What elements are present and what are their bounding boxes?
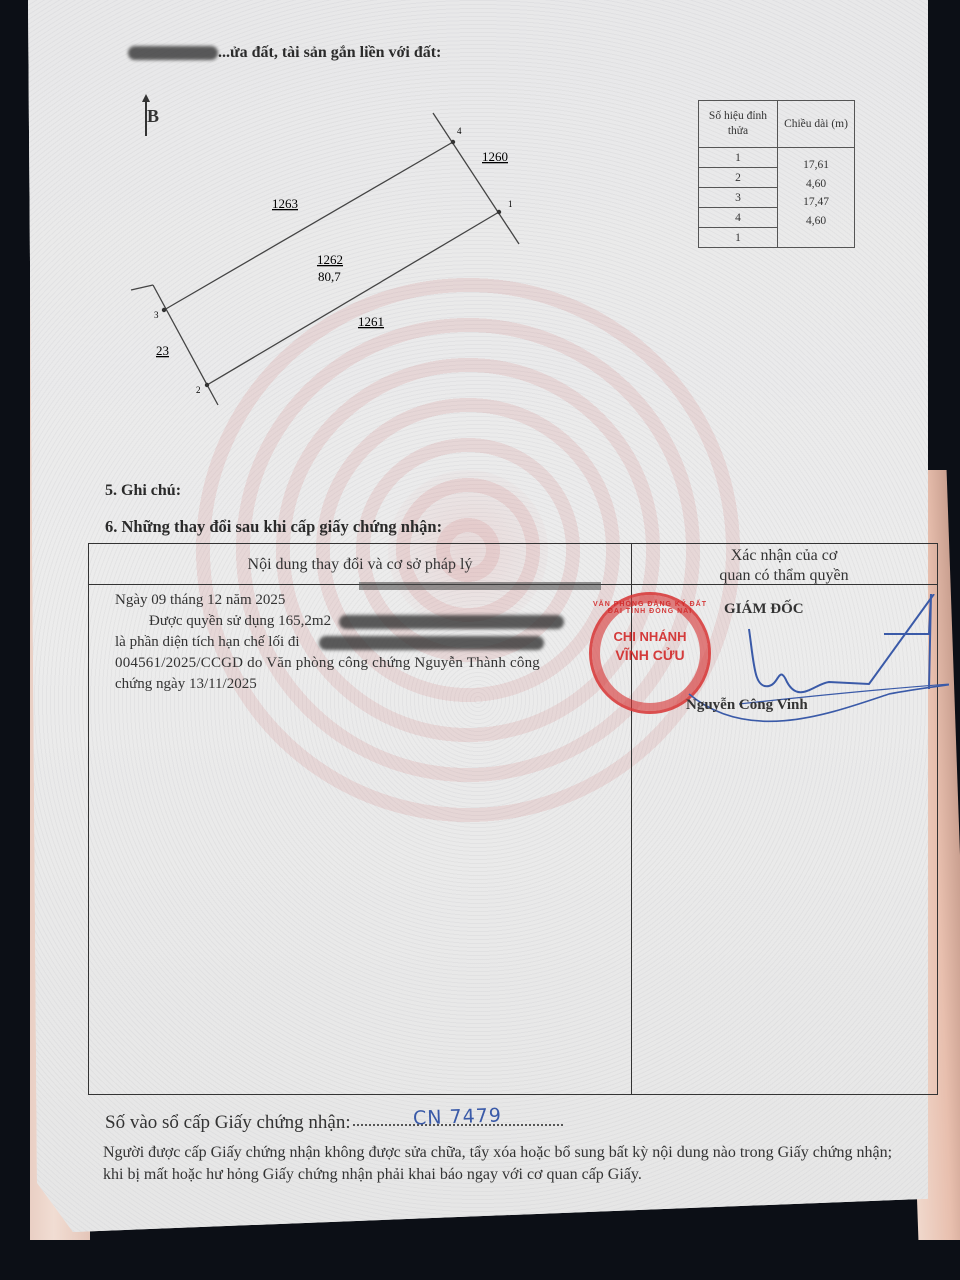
header-confirmation: Xác nhận của cơ quan có thẩm quyền bbox=[631, 546, 937, 586]
parcel-1263: 1263 bbox=[272, 196, 298, 211]
edge-length: 17,61 bbox=[779, 156, 853, 175]
entry-line-4: 004561/2025/CCGD do Văn phòng công chứng… bbox=[115, 653, 615, 674]
registration-label: Số vào sổ cấp Giấy chứng nhận: bbox=[105, 1112, 351, 1133]
edge-table-point: 1 bbox=[699, 148, 778, 168]
edge-length-table: Số hiệu đỉnh thửa Chiều dài (m) 1 17,61 … bbox=[698, 100, 855, 248]
edge-table-point: 3 bbox=[699, 188, 778, 208]
edge-table-lengths: 17,61 4,60 17,47 4,60 bbox=[778, 148, 855, 248]
redacted-text bbox=[339, 615, 564, 629]
parcel-1262-area: 80,7 bbox=[318, 269, 341, 284]
redacted-band bbox=[359, 582, 601, 590]
change-entry: Ngày 09 tháng 12 năm 2025 Được quyền sử … bbox=[115, 590, 615, 695]
edge-table-point: 4 bbox=[699, 208, 778, 228]
notes-section-title: 5. Ghi chú: bbox=[105, 482, 181, 500]
map-point-1: 1 bbox=[508, 199, 513, 209]
map-point-2: 2 bbox=[196, 385, 201, 395]
edge-table-header-point: Số hiệu đỉnh thửa bbox=[699, 101, 778, 148]
edge-length: 4,60 bbox=[779, 175, 853, 194]
parcel-1262: 1262 bbox=[317, 252, 343, 267]
entry-date: Ngày 09 tháng 12 năm 2025 bbox=[115, 590, 615, 611]
registration-number: CN 7479 bbox=[413, 1104, 503, 1129]
entry-line-2-text: Được quyền sử dụng 165,2m2 bbox=[149, 613, 331, 629]
header-confirmation-line: Xác nhận của cơ bbox=[631, 546, 937, 566]
entry-line-2: Được quyền sử dụng 165,2m2 bbox=[115, 611, 615, 632]
map-point-4: 4 bbox=[457, 126, 462, 136]
changes-section-title: 6. Những thay đổi sau khi cấp giấy chứng… bbox=[105, 517, 442, 537]
parcel-1260: 1260 bbox=[482, 149, 508, 164]
changes-table: Nội dung thay đổi và cơ sở pháp lý Xác n… bbox=[88, 543, 938, 1095]
registration-line: Số vào sổ cấp Giấy chứng nhận: CN 7479 bbox=[105, 1112, 563, 1134]
edge-length: 4,60 bbox=[779, 212, 853, 231]
redacted-text bbox=[319, 636, 544, 650]
certificate-notice: Người được cấp Giấy chứng nhận không đượ… bbox=[103, 1142, 903, 1186]
edge-length: 17,47 bbox=[779, 193, 853, 212]
edge-table-point: 2 bbox=[699, 168, 778, 188]
header-change-content: Nội dung thay đổi và cơ sở pháp lý bbox=[89, 556, 631, 574]
entry-line-3: là phần diện tích hạn chế lối đi bbox=[115, 632, 615, 653]
edge-table-header-length: Chiều dài (m) bbox=[778, 101, 855, 148]
edge-table-point: 1 bbox=[699, 228, 778, 248]
entry-line-5: chứng ngày 13/11/2025 bbox=[115, 674, 615, 695]
header-confirmation-line: quan có thẩm quyền bbox=[631, 566, 937, 586]
parcel-23: 23 bbox=[156, 343, 169, 358]
entry-line-3-text: là phần diện tích hạn chế lối đi bbox=[115, 634, 300, 650]
signer-name: Nguyễn Công Vinh bbox=[686, 697, 808, 714]
parcel-1261: 1261 bbox=[358, 314, 384, 329]
map-point-3: 3 bbox=[154, 310, 159, 320]
